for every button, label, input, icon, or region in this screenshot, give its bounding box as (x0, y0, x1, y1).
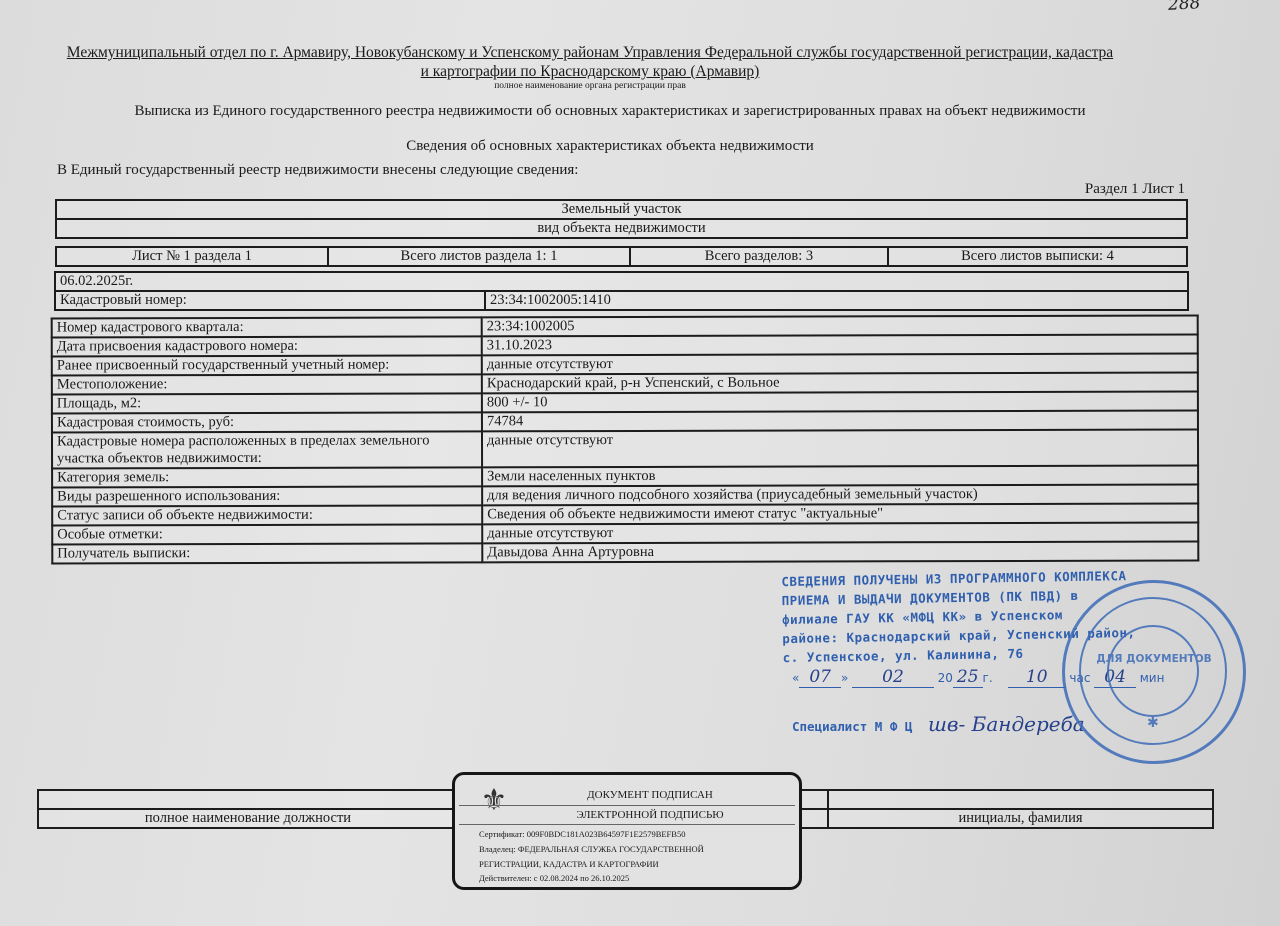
stamp-day: 07 (799, 667, 841, 688)
stamp-hour: 10 (1008, 667, 1066, 688)
object-kind-caption: вид объекта недвижимости (56, 219, 1187, 238)
position-caption: полное наименование должности (38, 809, 458, 828)
total-sections: Всего разделов: 3 (630, 247, 888, 266)
seal-center-text: ДЛЯ ДОКУМЕНТОВ (1065, 653, 1243, 666)
esig-owner-line2: РЕГИСТРАЦИИ, КАДАСТРА И КАРТОГРАФИИ (479, 859, 659, 869)
mfc-specialist: Специалист М Ф Ц шв- Бандереба (792, 712, 1085, 736)
table-row: Кадастровые номера расположенных в преде… (52, 429, 1198, 468)
organization-name-line1: Межмуниципальный отдел по г. Армавиру, Н… (40, 44, 1140, 62)
electronic-signature-block: ⚜ ДОКУМЕНТ ПОДПИСАН ЭЛЕКТРОННОЙ ПОДПИСЬЮ… (452, 772, 802, 890)
sheets-info-table: Лист № 1 раздела 1 Всего листов раздела … (55, 246, 1188, 267)
intro-text: В Единый государственный реестр недвижим… (57, 162, 578, 179)
cadastral-number-label: Кадастровый номер: (55, 291, 485, 310)
record-date: 06.02.2025г. (55, 272, 1188, 291)
sheet-number: Лист № 1 раздела 1 (56, 247, 328, 266)
esig-owner-line1: Владелец: ФЕДЕРАЛЬНАЯ СЛУЖБА ГОСУДАРСТВЕ… (479, 844, 704, 854)
characteristics-table: Номер кадастрового квартала:23:34:100200… (51, 314, 1200, 564)
object-kind-value: Земельный участок (56, 200, 1187, 219)
table-row: Получатель выписки:Давыдова Анна Артуров… (52, 541, 1198, 563)
stamp-year: 25 (953, 667, 983, 688)
esig-certificate: Сертификат: 009F0BDC181A023B64597F1E2579… (479, 829, 685, 839)
esig-line1: ДОКУМЕНТ ПОДПИСАН (515, 789, 785, 801)
section-label: Раздел 1 Лист 1 (1085, 181, 1185, 198)
coat-of-arms-icon: ⚜ (477, 781, 511, 821)
handwritten-page-number: 288 (1167, 0, 1200, 15)
esig-line2: ЭЛЕКТРОННОЙ ПОДПИСЬЮ (515, 809, 785, 821)
star-icon: ✱ (1147, 715, 1159, 732)
record-header-table: 06.02.2025г. Кадастровый номер: 23:34:10… (54, 271, 1189, 311)
name-caption: инициалы, фамилия (828, 809, 1213, 828)
document-subtitle: Сведения об основных характеристиках объ… (40, 138, 1180, 155)
document-title: Выписка из Единого государственного реес… (40, 103, 1180, 120)
round-seal-icon: ДЛЯ ДОКУМЕНТОВ ✱ (1062, 580, 1246, 764)
esig-valid: Действителен: с 02.08.2024 по 26.10.2025 (479, 873, 629, 883)
cadastral-number-value: 23:34:1002005:1410 (485, 291, 1188, 310)
total-sheets-section: Всего листов раздела 1: 1 (328, 247, 630, 266)
organization-name-line2: и картографии по Краснодарскому краю (Ар… (40, 63, 1140, 81)
specialist-signature: шв- Бандереба (928, 712, 1085, 736)
organization-caption: полное наименование органа регистрации п… (40, 81, 1140, 91)
object-kind-table: Земельный участок вид объекта недвижимос… (55, 199, 1188, 239)
stamp-month: 02 (852, 667, 934, 688)
total-sheets-extract: Всего листов выписки: 4 (888, 247, 1187, 266)
